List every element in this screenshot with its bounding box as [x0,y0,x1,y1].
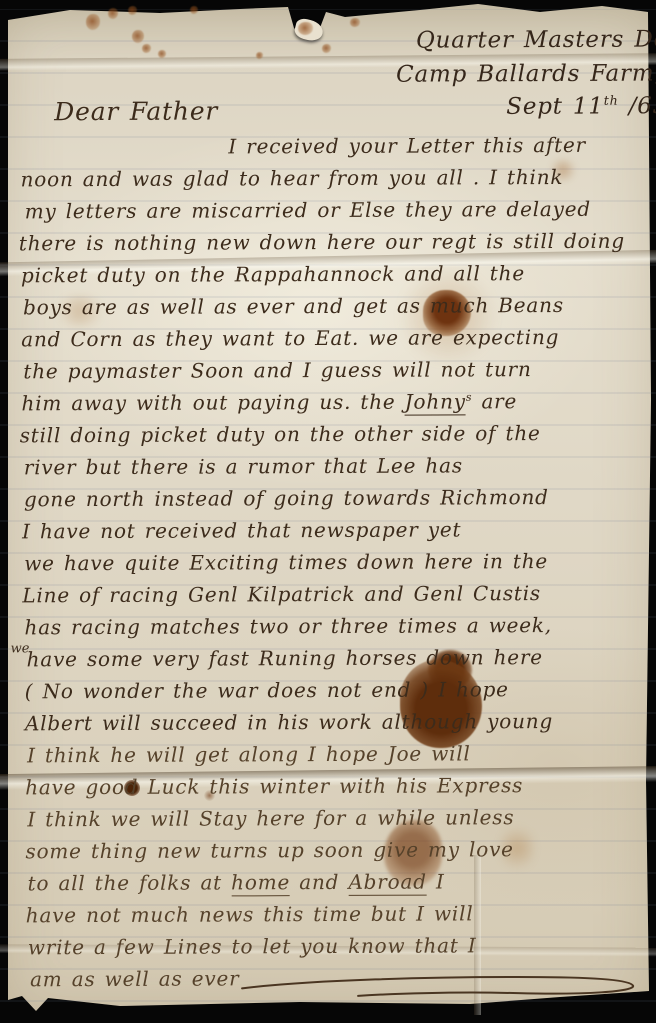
letter-line: write a few Lines to let you know that I [28,933,477,959]
line-text: some thing new turns up soon give my lov… [25,837,513,863]
line-text: picket duty on the Rappahannock and all … [21,261,525,287]
line-text: we have quite Exciting times down here i… [24,549,548,575]
letter-line: the paymaster Soon and I guess will not … [23,357,531,383]
letter-line: we have quite Exciting times down here i… [24,549,548,575]
letter-line: my letters are miscarried or Else they a… [25,197,591,223]
letter-line: has racing matches two or three times a … [24,613,552,639]
letter-line: have some very fast Runing horses down h… [27,645,543,671]
line-text: have some very fast Runing horses down h… [27,645,543,671]
line-text: Line of racing Genl Kilpatrick and Genl … [22,581,541,607]
letter-line: I received your Letter this after [228,133,586,159]
scanned-letter-photo: Quarter Masters Dept Camp Ballards Farm,… [0,0,656,1023]
letter-line: there is nothing new down here our regt … [19,229,625,256]
line-text: boys are as well as ever and get as much… [23,293,564,319]
line-text: my letters are miscarried or Else they a… [25,197,591,223]
line-text: I have not received that newspaper yet [22,517,461,543]
letter-line: gone north instead of going towards Rich… [24,485,549,511]
header-camp-text: Camp Ballards Farm, Va [396,60,656,87]
underlined-word: home [231,870,290,896]
date-superscript: th [604,93,619,108]
line-text: to all the folks at [28,870,232,895]
line-text: I [427,869,445,893]
line-text: I think we will Stay here for a while un… [27,805,514,831]
line-text: I think he will get along I hope Joe wil… [27,741,471,767]
letter-line: him away with out paying us. the Johnys … [21,389,517,415]
letter-line: picket duty on the Rappahannock and all … [21,261,525,287]
letter-line: Line of racing Genl Kilpatrick and Genl … [22,581,541,607]
line-text: gone north instead of going towards Rich… [24,485,549,511]
letter-line: noon and was glad to hear from you all .… [20,165,563,191]
letter-line: have good Luck this winter with his Expr… [25,773,523,799]
header-date: Sept 11th /63 [506,93,656,120]
line-text: noon and was glad to hear from you all .… [20,165,563,191]
letter-text: Quarter Masters Dept Camp Ballards Farm,… [0,0,656,1023]
letter-line: some thing new turns up soon give my lov… [25,837,513,863]
letter-line: ( No wonder the war does not end ) I hop… [25,677,509,703]
letter-line: have not much news this time but I will [26,901,474,927]
line-text: have good Luck this winter with his Expr… [25,773,523,799]
line-text: still doing picket duty on the other sid… [20,421,541,447]
line-text: has racing matches two or three times a … [24,613,552,639]
line-text: I received your Letter this after [228,133,586,159]
letter-line: am as well as ever [30,966,239,991]
line-text: and Corn as they want to Eat. we are exp… [21,325,559,351]
line-text: him away with out paying us. the [21,390,404,416]
letter-line: to all the folks at home and Abroad I [28,869,445,895]
letter-line: I have not received that newspaper yet [22,517,461,543]
header-dept: Quarter Masters Dept [416,26,656,53]
line-text: ( No wonder the war does not end ) I hop… [25,677,509,703]
letter-line: I think we will Stay here for a while un… [27,805,514,831]
line-text: are [472,389,517,413]
date-year: /63 [619,93,656,119]
salutation: Dear Father [54,96,218,126]
date-main: Sept 11 [506,93,604,119]
letter-line: and Corn as they want to Eat. we are exp… [21,325,559,351]
letter-line: Albert will succeed in his work although… [25,709,553,735]
header-camp: Camp Ballards Farm, Va [396,60,656,87]
line-text: am as well as ever [30,966,239,991]
letter-line: I think he will get along I hope Joe wil… [27,741,471,767]
line-text: river but there is a rumor that Lee has [24,453,463,479]
letter-line: boys are as well as ever and get as much… [23,293,564,319]
underlined-word: Abroad [348,870,426,896]
closing-flourish [240,967,640,1007]
underlined-word: Johny [405,389,466,415]
header-dept-text: Quarter Masters Dept [416,26,656,53]
line-text: have not much news this time but I will [26,901,474,927]
letter-line: still doing picket duty on the other sid… [20,421,541,447]
line-text: and [290,870,348,894]
line-text: Albert will succeed in his work although… [25,709,553,735]
letter-line: river but there is a rumor that Lee has [24,453,463,479]
salutation-text: Dear Father [54,96,218,126]
line-text: there is nothing new down here our regt … [19,229,625,256]
line-text: write a few Lines to let you know that I [28,933,477,959]
line-text: the paymaster Soon and I guess will not … [23,357,531,383]
